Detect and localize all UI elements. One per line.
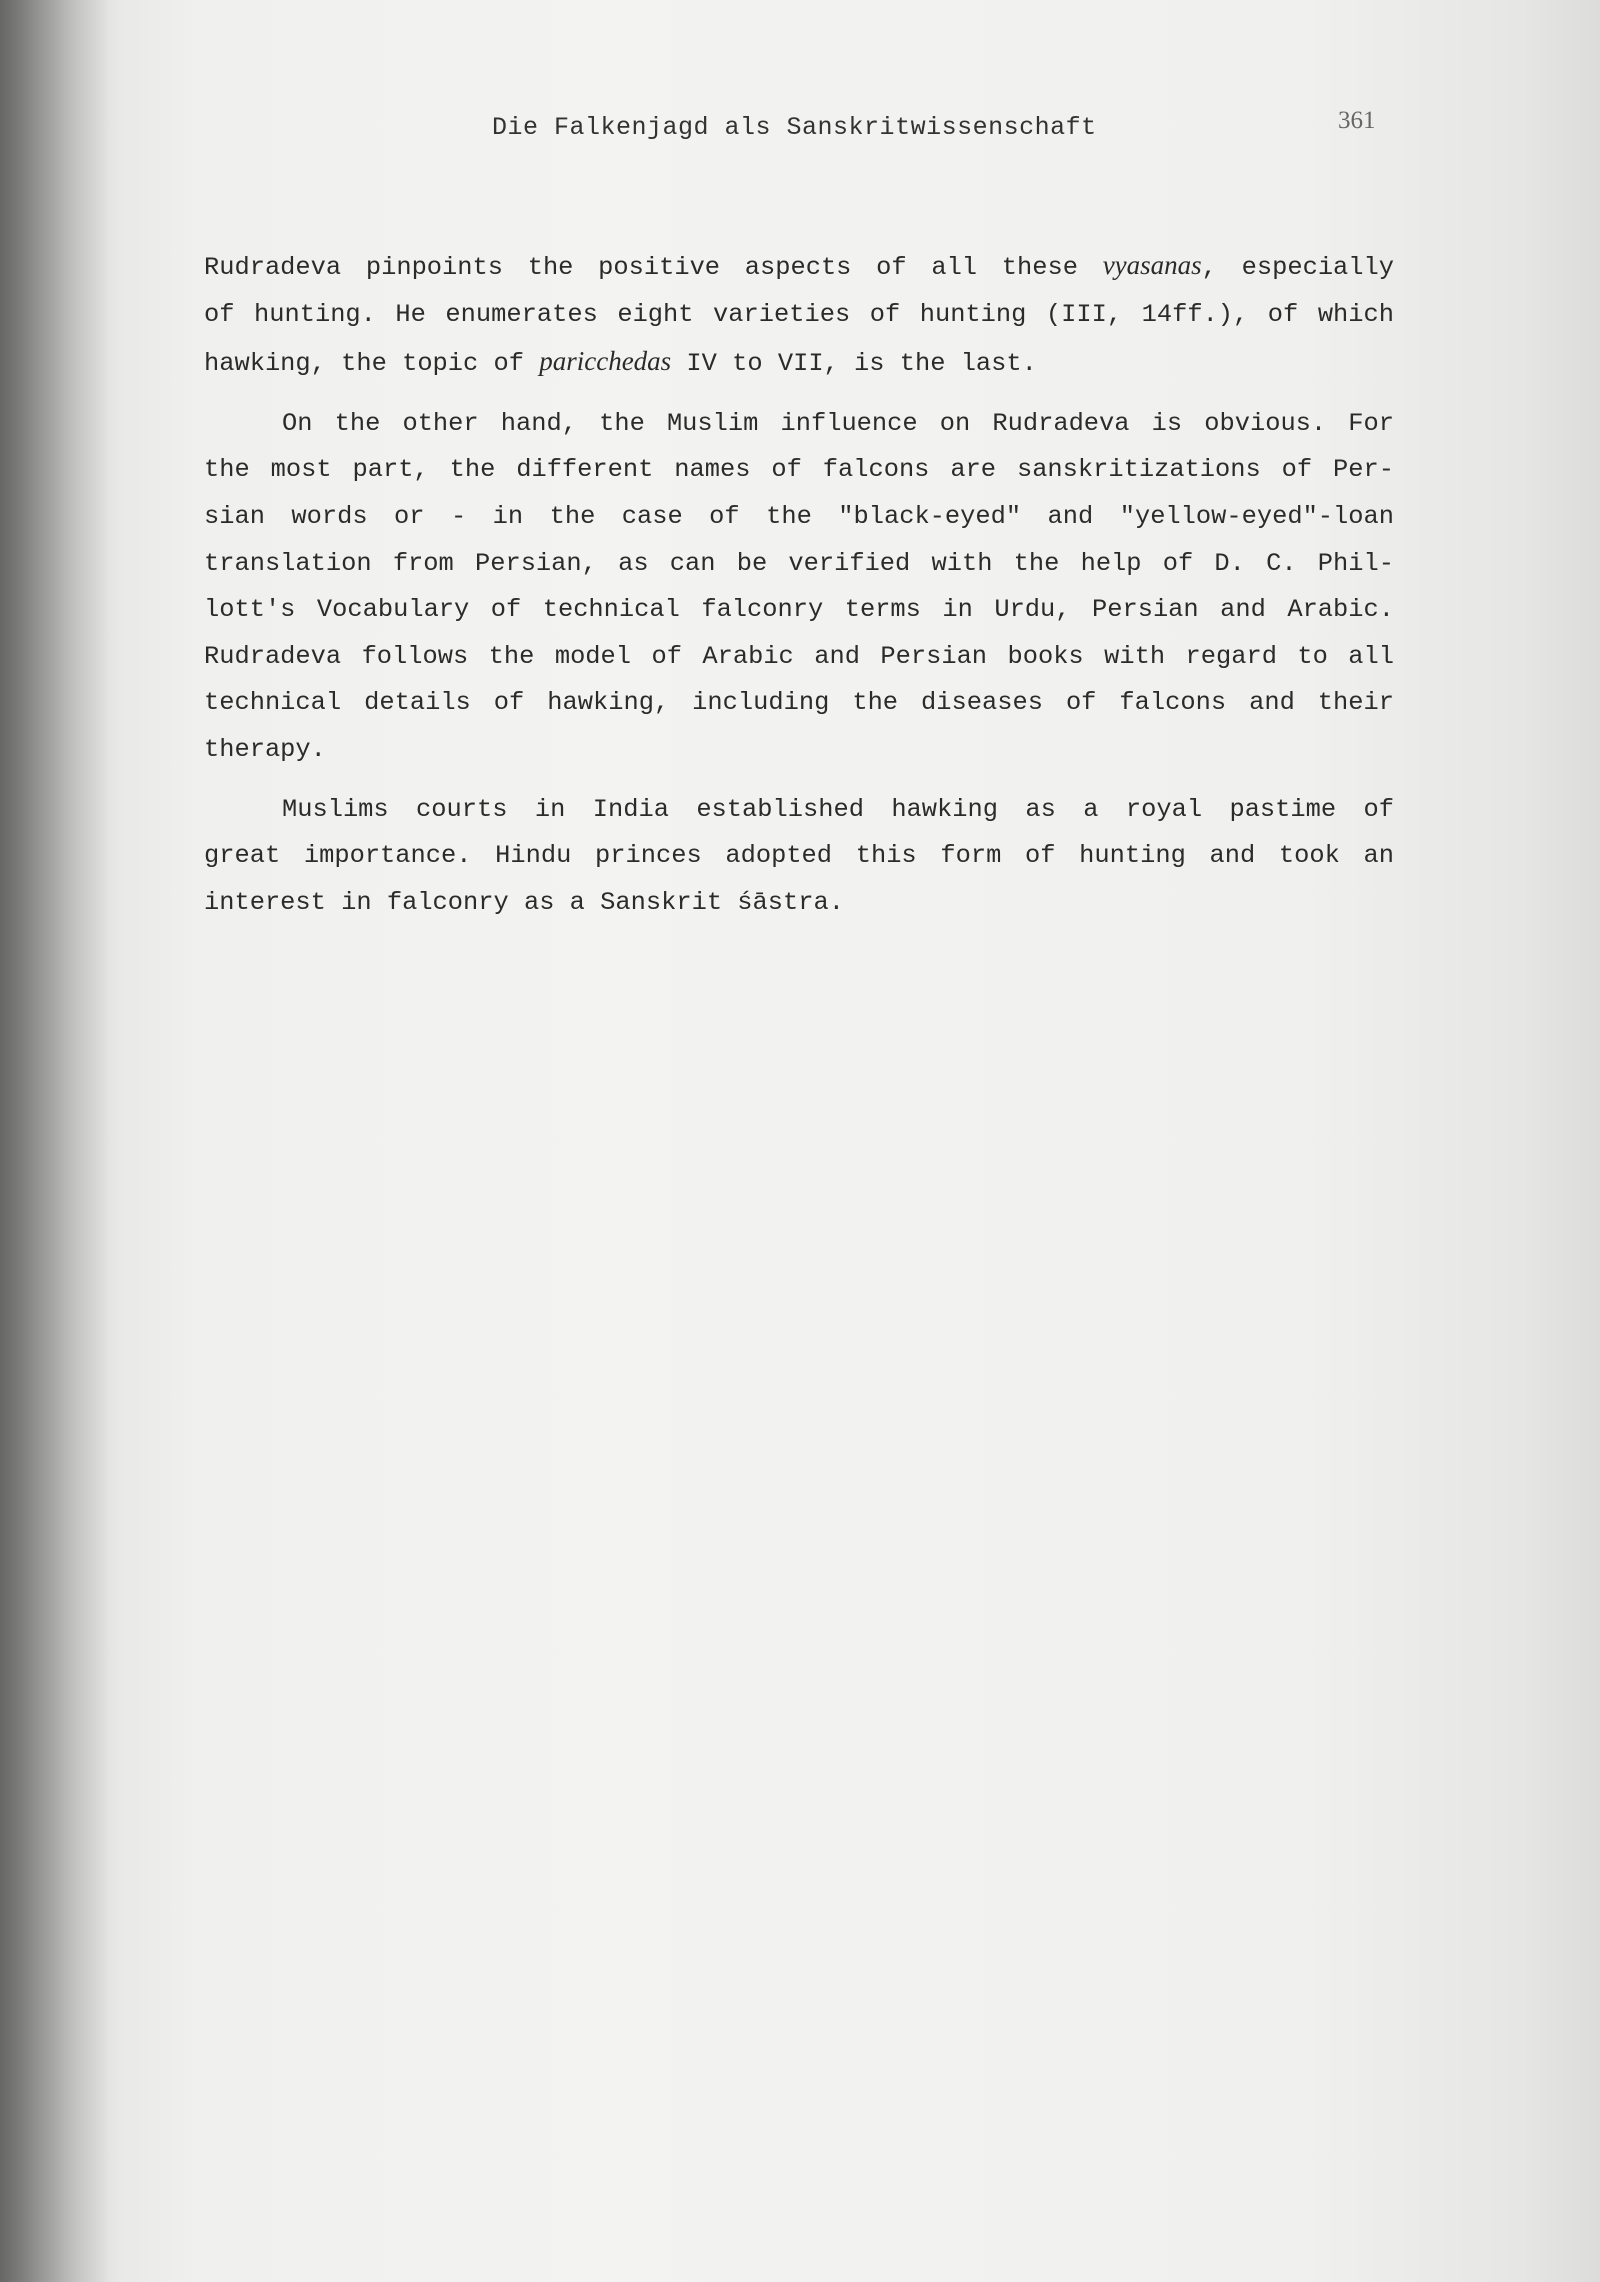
- paragraph-line: Muslims courts in India established hawk…: [204, 787, 1394, 834]
- paragraph-3: Muslims courts in India established hawk…: [204, 787, 1394, 927]
- italic-term: vyasanas: [1103, 250, 1202, 280]
- paragraph-line: Rudradeva follows the model of Arabic an…: [204, 634, 1394, 681]
- paragraph-line: hawking, the topic of paricchedas IV to …: [204, 338, 1394, 388]
- paragraph-line: sian words or - in the case of the "blac…: [204, 494, 1394, 541]
- paragraph-line: therapy.: [204, 727, 1394, 774]
- paragraph-2: On the other hand, the Muslim influence …: [204, 401, 1394, 774]
- binding-shadow: [0, 0, 110, 2282]
- italic-term: paricchedas: [539, 346, 671, 376]
- paragraph-line: interest in falconry as a Sanskrit śāstr…: [204, 880, 1394, 927]
- paragraph-line: On the other hand, the Muslim influence …: [204, 401, 1394, 448]
- page-number: 361: [1338, 107, 1376, 135]
- paragraph-line: the most part, the different names of fa…: [204, 447, 1394, 494]
- paragraph-1: Rudradeva pinpoints the positive aspects…: [204, 242, 1394, 388]
- body-text: Rudradeva pinpoints the positive aspects…: [204, 242, 1394, 939]
- paragraph-line: technical details of hawking, including …: [204, 680, 1394, 727]
- paragraph-line: translation from Persian, as can be veri…: [204, 541, 1394, 588]
- paragraph-line: great importance. Hindu princes adopted …: [204, 833, 1394, 880]
- paragraph-line: of hunting. He enumerates eight varietie…: [204, 292, 1394, 339]
- running-title: Die Falkenjagd als Sanskritwissenschaft: [492, 113, 1097, 142]
- paragraph-line: lott's Vocabulary of technical falconry …: [204, 587, 1394, 634]
- paragraph-line: Rudradeva pinpoints the positive aspects…: [204, 242, 1394, 292]
